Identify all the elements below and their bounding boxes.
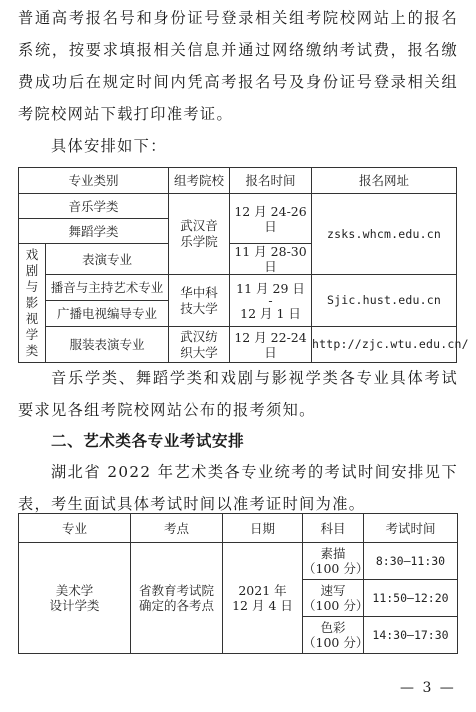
site-line-1: 省教育考试院 — [131, 583, 222, 598]
school-wtu-text: 武汉纺织大学 — [175, 329, 223, 361]
drama-film-group-label: 戏剧与影视学类 — [25, 247, 39, 359]
site-line-2: 确定的各考点 — [131, 598, 222, 613]
table-row: 服装表演专业 武汉纺织大学 12 月 22-24 日 http://zjc.wt… — [19, 327, 457, 363]
header-exam-site: 考点 — [131, 514, 223, 543]
registration-table: 专业类别 组考院校 报名时间 报名网址 音乐学类 武汉音乐学院 12 月 24-… — [18, 167, 457, 363]
date-hust-end: 12 月 1 日 — [230, 306, 311, 321]
subject-score: （100 分） — [303, 561, 363, 576]
school-hust-text: 华中科技大学 — [175, 285, 223, 317]
paragraph-exam-schedule-intro: 湖北省 2022 年艺术类各专业统考的考试时间安排见下表，考生面试具体考试时间以… — [18, 456, 458, 520]
cell-subject-quick-sketch: 速写 （100 分） — [303, 580, 364, 617]
header-registration-url: 报名网址 — [312, 168, 457, 194]
cell-time-sketch: 8:30—11:30 — [364, 543, 458, 580]
table-header-row: 专业 考点 日期 科目 考试时间 — [19, 514, 458, 543]
cell-date-wtu: 12 月 22-24 日 — [230, 327, 312, 363]
header-organizing-school: 组考院校 — [169, 168, 230, 194]
link-hust-url[interactable]: Sjic.hust.edu.cn — [312, 275, 457, 327]
header-registration-time: 报名时间 — [230, 168, 312, 194]
cell-broadcast-hosting: 播音与主持艺术专业 — [46, 275, 169, 301]
cell-time-color: 14:30—17:30 — [364, 617, 458, 654]
header-major: 专业 — [19, 514, 131, 543]
header-exam-time: 考试时间 — [364, 514, 458, 543]
exam-schedule-table: 专业 考点 日期 科目 考试时间 美术学 设计学类 省教育考试院 确定的各考点 … — [18, 513, 458, 654]
subject-name: 速写 — [303, 583, 363, 598]
date-line-1: 2021 年 — [223, 583, 302, 598]
major-line-2: 设计学类 — [19, 598, 130, 613]
cell-date-hust: 11 月 29 日 - 12 月 1 日 — [230, 275, 312, 327]
page-number: — 3 — — [400, 680, 456, 696]
cell-date-performance: 11 月 28-30 日 — [230, 244, 312, 275]
subject-score: （100 分） — [303, 598, 363, 613]
date-hust-dash: - — [230, 296, 311, 306]
cell-tv-directing: 广播电视编导专业 — [46, 301, 169, 327]
major-line-1: 美术学 — [19, 583, 130, 598]
cell-performance: 表演专业 — [46, 244, 169, 275]
paragraph-registration-process: 普通高考报名号和身份证号登录相关组考院校网站上的报名系统，按要求填报相关信息并通… — [18, 2, 458, 130]
cell-exam-site: 省教育考试院 确定的各考点 — [131, 543, 223, 654]
link-whcm-url[interactable]: zsks.whcm.edu.cn — [312, 194, 457, 275]
subject-name: 素描 — [303, 546, 363, 561]
cell-subject-sketch: 素描 （100 分） — [303, 543, 364, 580]
table-row: 音乐学类 武汉音乐学院 12 月 24-26 日 zsks.whcm.edu.c… — [19, 194, 457, 219]
cell-school-wtu: 武汉纺织大学 — [169, 327, 230, 363]
cell-school-hust: 华中科技大学 — [169, 275, 230, 327]
cell-exam-date: 2021 年 12 月 4 日 — [223, 543, 303, 654]
cell-date-music-dance: 12 月 24-26 日 — [230, 194, 312, 244]
paragraph-schedule-intro: 具体安排如下： — [18, 130, 458, 162]
cell-music: 音乐学类 — [19, 194, 169, 219]
table-row: 美术学 设计学类 省教育考试院 确定的各考点 2021 年 12 月 4 日 素… — [19, 543, 458, 580]
cell-fashion-show: 服装表演专业 — [46, 327, 169, 363]
cell-subject-color: 色彩 （100 分） — [303, 617, 364, 654]
link-wtu-url[interactable]: http://zjc.wtu.edu.cn/ — [312, 327, 457, 363]
header-major-category: 专业类别 — [19, 168, 169, 194]
table-row: 播音与主持艺术专业 华中科技大学 11 月 29 日 - 12 月 1 日 Sj… — [19, 275, 457, 301]
subject-score: （100 分） — [303, 635, 363, 650]
date-line-2: 12 月 4 日 — [223, 598, 302, 613]
cell-time-quick-sketch: 11:50—12:20 — [364, 580, 458, 617]
header-date: 日期 — [223, 514, 303, 543]
school-whcm-text: 武汉音乐学院 — [175, 218, 223, 250]
cell-school-whcm: 武汉音乐学院 — [169, 194, 230, 275]
subject-name: 色彩 — [303, 620, 363, 635]
cell-dance: 舞蹈学类 — [19, 219, 169, 244]
section-heading-exam-schedule: 二、艺术类各专业考试安排 — [51, 426, 244, 456]
header-subject: 科目 — [303, 514, 364, 543]
table-header-row: 专业类别 组考院校 报名时间 报名网址 — [19, 168, 457, 194]
paragraph-exam-requirements: 音乐学类、舞蹈学类和戏剧与影视学类各专业具体考试要求见各组考院校网站公布的报考须… — [18, 362, 458, 426]
cell-drama-film-group: 戏剧与影视学类 — [19, 244, 46, 363]
cell-major: 美术学 设计学类 — [19, 543, 131, 654]
